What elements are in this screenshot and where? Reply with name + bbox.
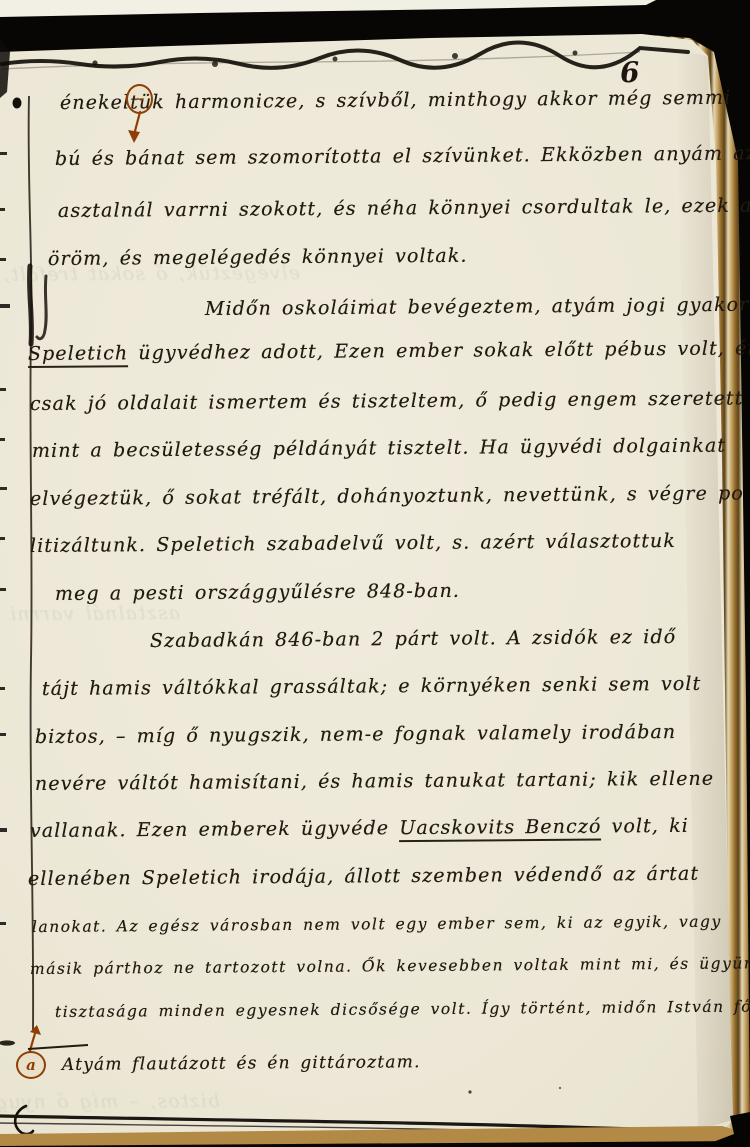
bleedthrough-text: biztos, – míg ő nyugszik, nem-e fognak v… [0,1090,220,1115]
underlined-name-uacskovits: Uacskovits Benczó [399,816,601,843]
manuscript-line-11: meg a pesti országgyűlésre 848-ban. [55,580,460,605]
manuscript-line-16: vallanak. Ezen emberek ügyvéde Uacskovit… [30,815,689,842]
manuscript-line-4: öröm, és megelégedés könnyei voltak. [48,245,468,270]
page-number: 6 [619,56,640,90]
manuscript-line-5: Midőn oskoláimat bevégeztem, atyám jogi … [205,293,750,320]
manuscript-line-21: Atyám flautázott és én gittároztam. [62,1052,421,1075]
underlined-name-speletich: Speletich [28,342,128,368]
annotation-circled-mark-top: ~ [126,84,153,114]
manuscript-line-12: Szabadkán 846-ban 2 párt volt. A zsidók … [150,626,676,652]
manuscript-photo: asztalnál varrni szokott, és néha könnye… [0,0,750,1147]
annotation-circled-mark-bottom: a [16,1051,46,1079]
